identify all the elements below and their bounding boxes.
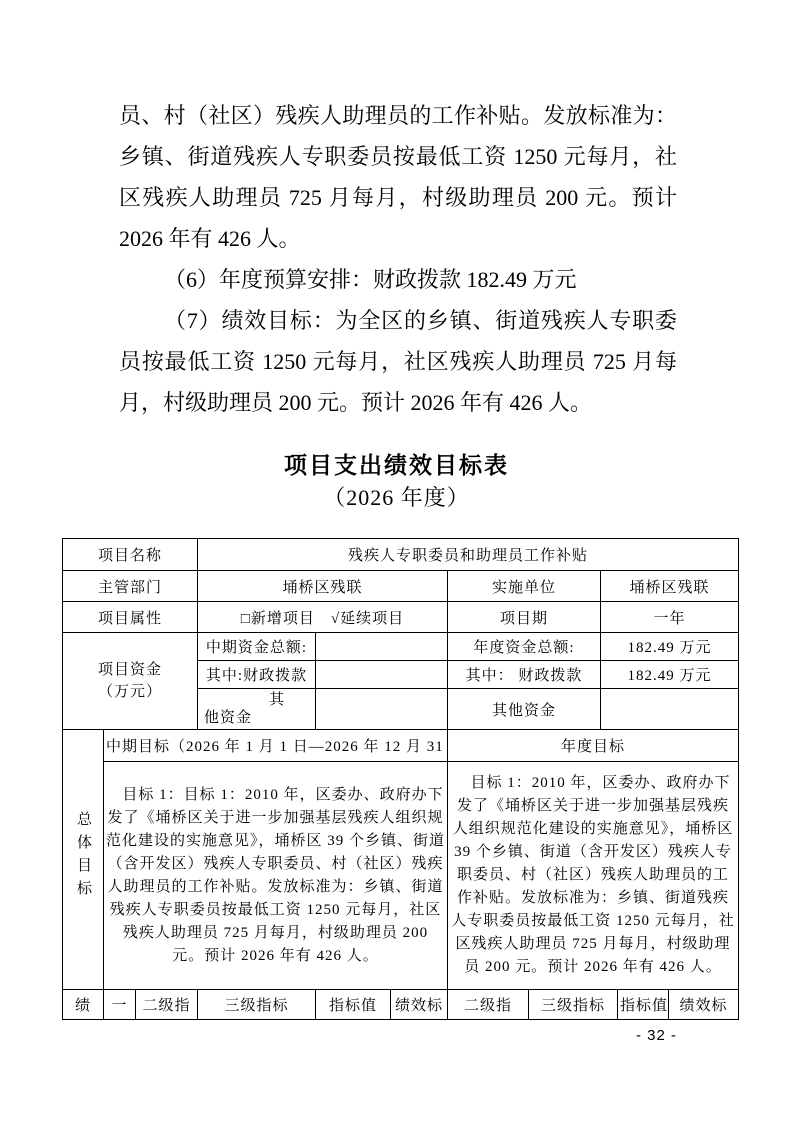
cell-department-value: 埇桥区残联 xyxy=(198,571,448,602)
page-number: - 32 - xyxy=(636,1027,677,1044)
cell-mid-fiscal-value xyxy=(316,661,448,689)
cell-indicator-8: 指标值 xyxy=(618,990,669,1020)
cell-year-fiscal-label: 其中： 财政拨款 xyxy=(448,661,601,689)
body-text-block: 员、村（社区）残疾人助理员的工作补贴。发放标准为：乡镇、街道残疾人专职委员按最低… xyxy=(119,95,677,423)
cell-department-label: 主管部门 xyxy=(63,571,198,602)
cell-period-label: 项目期 xyxy=(448,602,601,633)
cell-funds-label: 项目资金 （万元） xyxy=(63,633,198,730)
cell-overall-goal-label: 总体目标 xyxy=(63,730,104,990)
paragraph-item7: （7）绩效目标：为全区的乡镇、街道残疾人专职委员按最低工资 1250 元每月，社… xyxy=(119,300,677,423)
cell-period-value: 一年 xyxy=(601,602,739,633)
funds-label-line1: 项目资金 xyxy=(65,659,195,681)
table-row-indicator-header: 绩 一 二级指 三级指标 指标值 绩效标 二级指 三级指标 指标值 绩效标 xyxy=(63,990,739,1020)
table-subtitle: （2026 年度） xyxy=(0,481,793,512)
mid-goal-text: 目标 1：目标 1：2010 年，区委办、政府办下发了《埇桥区关于进一步加强基层… xyxy=(106,784,445,968)
cell-indicator-3: 三级指标 xyxy=(198,990,316,1020)
mid-other-line1: 其 xyxy=(200,691,313,709)
cell-indicator-5: 绩效标 xyxy=(391,990,448,1020)
cell-implement-unit-label: 实施单位 xyxy=(448,571,601,602)
overall-goal-vertical-text: 总体目标 xyxy=(73,811,93,903)
table-row: 项目名称 残疾人专职委员和助理员工作补贴 xyxy=(63,539,739,571)
cell-indicator-9: 绩效标 xyxy=(669,990,739,1020)
mid-other-line2: 他资金 xyxy=(200,709,313,727)
table-title: 项目支出绩效目标表 xyxy=(0,447,793,480)
cell-mid-total-label: 中期资金总额: xyxy=(198,633,316,661)
cell-attribute-label: 项目属性 xyxy=(63,602,198,633)
table-row: 项目属性 □新增项目 √延续项目 项目期 一年 xyxy=(63,602,739,633)
cell-indicator-2: 二级指 xyxy=(136,990,198,1020)
cell-mid-fiscal-label: 其中:财政拨款 xyxy=(198,661,316,689)
cell-indicator-6: 二级指 xyxy=(448,990,529,1020)
table-row: 总体目标 中期目标（2026 年 1 月 1 日—2026 年 12 月 31 … xyxy=(63,730,739,762)
document-page: 员、村（社区）残疾人助理员的工作补贴。发放标准为：乡镇、街道残疾人专职委员按最低… xyxy=(0,0,793,1122)
cell-year-goal-header: 年度目标 xyxy=(448,730,739,762)
cell-attribute-value: □新增项目 √延续项目 xyxy=(198,602,448,633)
cell-mid-goal-text: 目标 1：目标 1：2010 年，区委办、政府办下发了《埇桥区关于进一步加强基层… xyxy=(104,762,448,990)
table-row: 目标 1：目标 1：2010 年，区委办、政府办下发了《埇桥区关于进一步加强基层… xyxy=(63,762,739,990)
cell-year-other-label: 其他资金 xyxy=(448,689,601,730)
cell-indicator-7: 三级指标 xyxy=(529,990,618,1020)
cell-mid-other-value xyxy=(316,689,448,730)
paragraph-item6: （6）年度预算安排：财政拨款 182.49 万元 xyxy=(119,259,677,300)
cell-year-fiscal-value: 182.49 万元 xyxy=(601,661,739,689)
cell-year-total-value: 182.49 万元 xyxy=(601,633,739,661)
cell-indicator-0: 绩 xyxy=(63,990,104,1020)
cell-indicator-4: 指标值 xyxy=(316,990,391,1020)
year-goal-text: 目标 1：2010 年，区委办、政府办下发了《埇桥区关于进一步加强基层残疾人组织… xyxy=(450,772,736,979)
cell-project-name-value: 残疾人专职委员和助理员工作补贴 xyxy=(198,539,739,571)
paragraph-continuation: 员、村（社区）残疾人助理员的工作补贴。发放标准为：乡镇、街道残疾人专职委员按最低… xyxy=(119,95,677,259)
table-row: 主管部门 埇桥区残联 实施单位 埇桥区残联 xyxy=(63,571,739,602)
cell-mid-total-value xyxy=(316,633,448,661)
cell-mid-other-label: 其 他资金 xyxy=(198,689,316,730)
cell-implement-unit-value: 埇桥区残联 xyxy=(601,571,739,602)
cell-mid-goal-header: 中期目标（2026 年 1 月 1 日—2026 年 12 月 31 日） xyxy=(104,730,448,762)
cell-year-other-value xyxy=(601,689,739,730)
cell-indicator-1: 一 xyxy=(104,990,136,1020)
funds-label-line2: （万元） xyxy=(65,681,195,703)
cell-year-total-label: 年度资金总额: xyxy=(448,633,601,661)
cell-year-goal-text: 目标 1：2010 年，区委办、政府办下发了《埇桥区关于进一步加强基层残疾人组织… xyxy=(448,762,739,990)
performance-target-table: 项目名称 残疾人专职委员和助理员工作补贴 主管部门 埇桥区残联 实施单位 埇桥区… xyxy=(62,538,739,1020)
table-row: 项目资金 （万元） 中期资金总额: 年度资金总额: 182.49 万元 xyxy=(63,633,739,661)
cell-project-name-label: 项目名称 xyxy=(63,539,198,571)
